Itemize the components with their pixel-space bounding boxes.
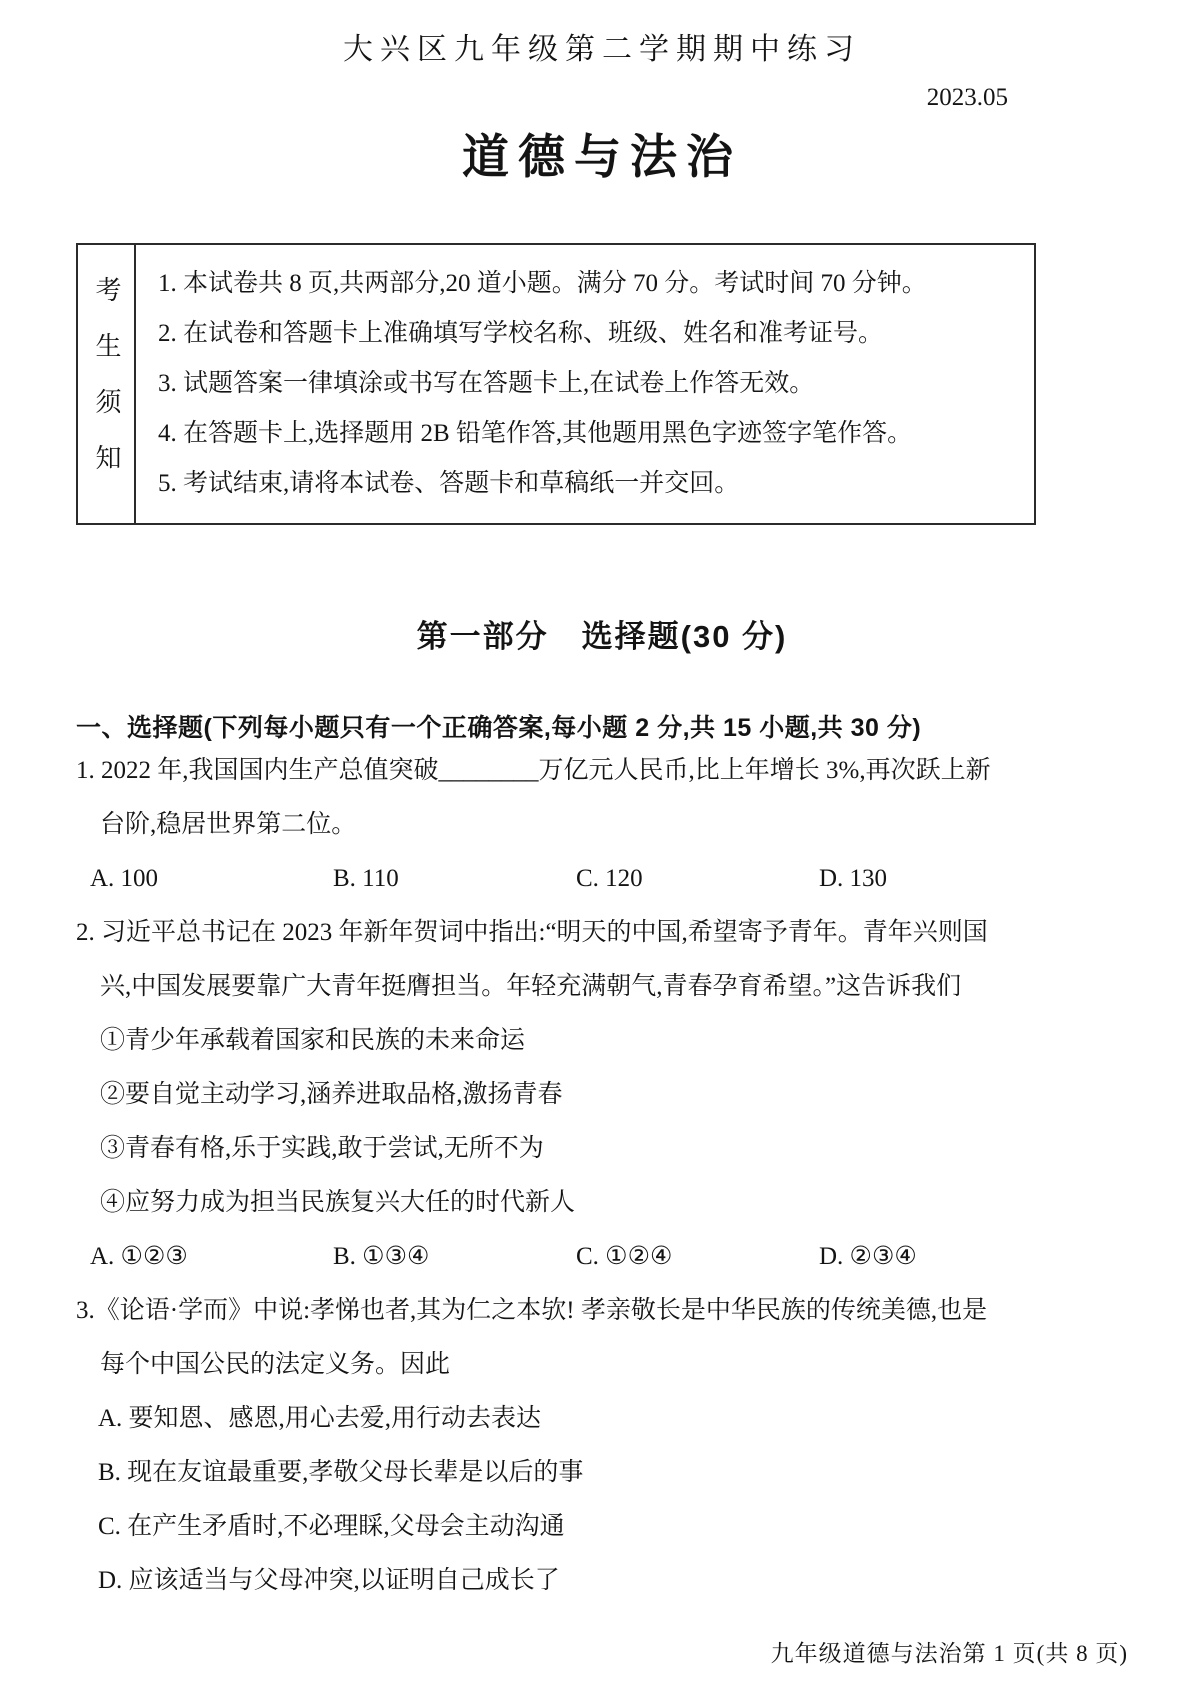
part1-heading: 第一部分 选择题(30 分) [76,611,1128,656]
notice-items: 1. 本试卷共 8 页,共两部分,20 道小题。满分 70 分。考试时间 70 … [136,245,937,523]
notice-item-1: 1. 本试卷共 8 页,共两部分,20 道小题。满分 70 分。考试时间 70 … [158,259,927,309]
question-2-stem-line-1: 2. 习近平总书记在 2023 年新年贺词中指出:“明天的中国,希望寄予青年。青… [76,906,1128,960]
question-1-option-d: D. 130 [819,852,1062,906]
notice-item-5: 5. 考试结束,请将本试卷、答题卡和草稿纸一并交回。 [158,459,927,509]
candidate-notice-box: 考生须知 1. 本试卷共 8 页,共两部分,20 道小题。满分 70 分。考试时… [76,243,1036,525]
question-2-option-d: D. ②③④ [819,1230,1062,1284]
question-2-statement-4: ④应努力成为担当民族复兴大任的时代新人 [76,1176,1128,1230]
question-2-option-b: B. ①③④ [333,1230,576,1284]
notice-item-4: 4. 在答题卡上,选择题用 2B 铅笔作答,其他题用黑色字迹签字笔作答。 [158,409,927,459]
question-1-option-c: C. 120 [576,852,819,906]
notice-item-3: 3. 试题答案一律填涂或书写在答题卡上,在试卷上作答无效。 [158,359,927,409]
page-footer: 九年级道德与法治第 1 页(共 8 页) [771,1635,1128,1668]
question-2-option-c: C. ①②④ [576,1230,819,1284]
question-2-option-a: A. ①②③ [90,1230,333,1284]
notice-side-column: 考生须知 [78,245,136,523]
question-1-stem-line-2: 台阶,稳居世界第二位。 [76,798,1128,852]
question-2-options: A. ①②③ B. ①③④ C. ①②④ D. ②③④ [76,1230,1128,1284]
question-1-stem-line-1: 1. 2022 年,我国国内生产总值突破________万亿元人民币,比上年增长… [76,744,1128,798]
question-3-option-d: D. 应该适当与父母冲突,以证明自己成长了 [76,1554,1128,1608]
question-3-option-b: B. 现在友谊最重要,孝敬父母长辈是以后的事 [76,1446,1128,1500]
question-1-option-a: A. 100 [90,852,333,906]
question-3-option-c: C. 在产生矛盾时,不必理睬,父母会主动沟通 [76,1500,1128,1554]
exam-date: 2023.05 [76,84,1128,112]
question-1-options: A. 100 B. 110 C. 120 D. 130 [76,852,1128,906]
notice-item-2: 2. 在试卷和答题卡上准确填写学校名称、班级、姓名和准考证号。 [158,309,927,359]
notice-side-label: 考生须知 [93,268,119,500]
question-2-statement-3: ③青春有格,乐于实践,敢于尝试,无所不为 [76,1122,1128,1176]
question-2: 2. 习近平总书记在 2023 年新年贺词中指出:“明天的中国,希望寄予青年。青… [76,906,1128,1284]
subject-title: 道德与法治 [76,120,1128,187]
question-3-option-a: A. 要知恩、感恩,用心去爱,用行动去表达 [76,1392,1128,1446]
question-2-statement-2: ②要自觉主动学习,涵养进取品格,激扬青春 [76,1068,1128,1122]
question-3-stem-line-2: 每个中国公民的法定义务。因此 [76,1338,1128,1392]
question-2-stem-line-2: 兴,中国发展要靠广大青年挺膺担当。年轻充满朝气,青春孕育希望。”这告诉我们 [76,960,1128,1014]
exam-header-line: 大兴区九年级第二学期期中练习 [76,24,1128,68]
question-3-stem-line-1: 3.《论语·学而》中说:孝悌也者,其为仁之本欤! 孝亲敬长是中华民族的传统美德,… [76,1284,1128,1338]
question-1: 1. 2022 年,我国国内生产总值突破________万亿元人民币,比上年增长… [76,744,1128,906]
multiple-choice-instruction: 一、选择题(下列每小题只有一个正确答案,每小题 2 分,共 15 小题,共 30… [76,708,1128,744]
question-3: 3.《论语·学而》中说:孝悌也者,其为仁之本欤! 孝亲敬长是中华民族的传统美德,… [76,1284,1128,1608]
question-1-option-b: B. 110 [333,852,576,906]
exam-page: 大兴区九年级第二学期期中练习 2023.05 道德与法治 考生须知 1. 本试卷… [0,0,1190,1608]
question-2-statement-1: ①青少年承载着国家和民族的未来命运 [76,1014,1128,1068]
